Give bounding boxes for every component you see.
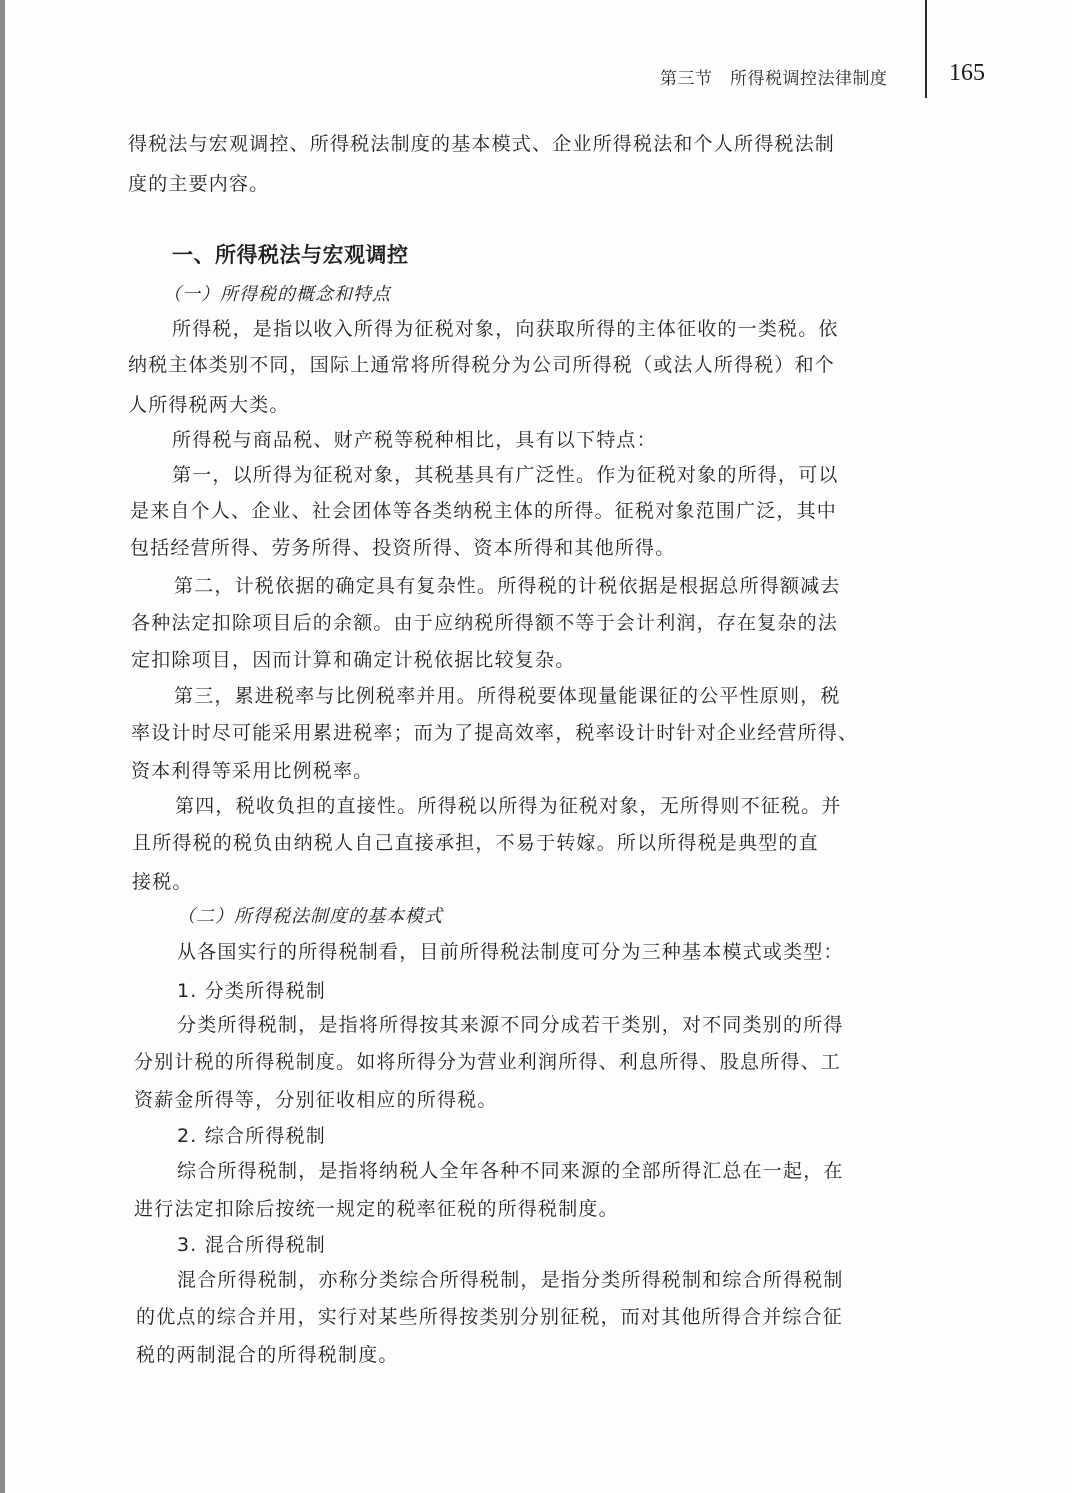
paragraph-line: 得税法与宏观调控、所得税法制度的基本模式、企业所得税法和个人所得税法制 <box>128 132 835 156</box>
paragraph-line: 是来自个人、企业、社会团体等各类纳税主体的所得。征税对象范围广泛，其中 <box>130 499 837 523</box>
section-heading: 一、所得税法与宏观调控 <box>172 243 409 267</box>
paragraph-line: 率设计时尽可能采用累进税率；而为了提高效率，税率设计时针对企业经营所得、 <box>131 721 858 745</box>
paragraph-line: 定扣除项目，因而计算和确定计税依据比较复杂。 <box>131 648 575 672</box>
numbered-heading: 1. 分类所得税制 <box>177 979 326 1003</box>
paragraph-line: 资本利得等采用比例税率。 <box>131 759 373 783</box>
paragraph-line: 包括经营所得、劳务所得、投资所得、资本所得和其他所得。 <box>130 536 675 560</box>
paragraph-line: 的优点的综合并用，实行对某些所得按类别分别征税，而对其他所得合并综合征 <box>136 1305 843 1329</box>
numbered-heading: 2. 综合所得税制 <box>177 1124 326 1148</box>
paragraph-line: 所得税，是指以收入所得为征税对象，向获取所得的主体征收的一类税。依 <box>172 317 839 341</box>
running-header-title: 第三节 所得税调控法律制度 <box>660 64 888 89</box>
paragraph-line: 且所得税的税负由纳税人自己直接承担，不易于转嫁。所以所得税是典型的直 <box>132 831 819 855</box>
paragraph-line: 第三，累进税率与比例税率并用。所得税要体现量能课征的公平性原则，税 <box>174 684 841 708</box>
numbered-heading: 3. 混合所得税制 <box>177 1233 326 1257</box>
page-number: 165 <box>949 60 985 87</box>
paragraph-line: 分别计税的所得税制度。如将所得分为营业利润所得、利息所得、股息所得、工 <box>134 1050 841 1074</box>
paragraph-line: 分类所得税制，是指将所得按其来源不同分成若干类别，对不同类别的所得 <box>177 1013 844 1037</box>
book-page: 第三节 所得税调控法律制度 165 得税法与宏观调控、所得税法制度的基本模式、企… <box>5 0 1072 1493</box>
paragraph-line: 纳税主体类别不同，国际上通常将所得税分为公司所得税（或法人所得税）和个 <box>128 353 835 377</box>
paragraph-line: 进行法定扣除后按统一规定的税率征税的所得税制度。 <box>134 1197 619 1221</box>
paragraph-line: 第一，以所得为征税对象，其税基具有广泛性。作为征税对象的所得，可以 <box>172 463 839 487</box>
paragraph-line: 混合所得税制，亦称分类综合所得税制，是指分类所得税制和综合所得税制 <box>177 1268 844 1292</box>
paragraph-line: 税的两制混合的所得税制度。 <box>136 1343 399 1367</box>
subsection-heading: （一）所得税的概念和特点 <box>163 283 391 307</box>
paragraph-line: 从各国实行的所得税制看，目前所得税法制度可分为三种基本模式或类型： <box>177 940 844 964</box>
paragraph-line: 综合所得税制，是指将纳税人全年各种不同来源的全部所得汇总在一起，在 <box>177 1159 844 1183</box>
paragraph-line: 各种法定扣除项目后的余额。由于应纳税所得额不等于会计利润，存在复杂的法 <box>131 611 838 635</box>
subsection-heading: （二）所得税法制度的基本模式 <box>177 905 443 929</box>
paragraph-line: 人所得税两大类。 <box>128 393 290 417</box>
paragraph-line: 第四，税收负担的直接性。所得税以所得为征税对象，无所得则不征税。并 <box>175 794 842 818</box>
paragraph-line: 接税。 <box>132 870 193 894</box>
paragraph-line: 资薪金所得等，分别征收相应的所得税。 <box>134 1088 498 1112</box>
paragraph-line: 所得税与商品税、财产税等税种相比，具有以下特点： <box>172 428 657 452</box>
header-divider <box>925 0 927 98</box>
paragraph-line: 度的主要内容。 <box>128 172 269 196</box>
paragraph-line: 第二，计税依据的确定具有复杂性。所得税的计税依据是根据总所得额减去 <box>174 574 841 598</box>
